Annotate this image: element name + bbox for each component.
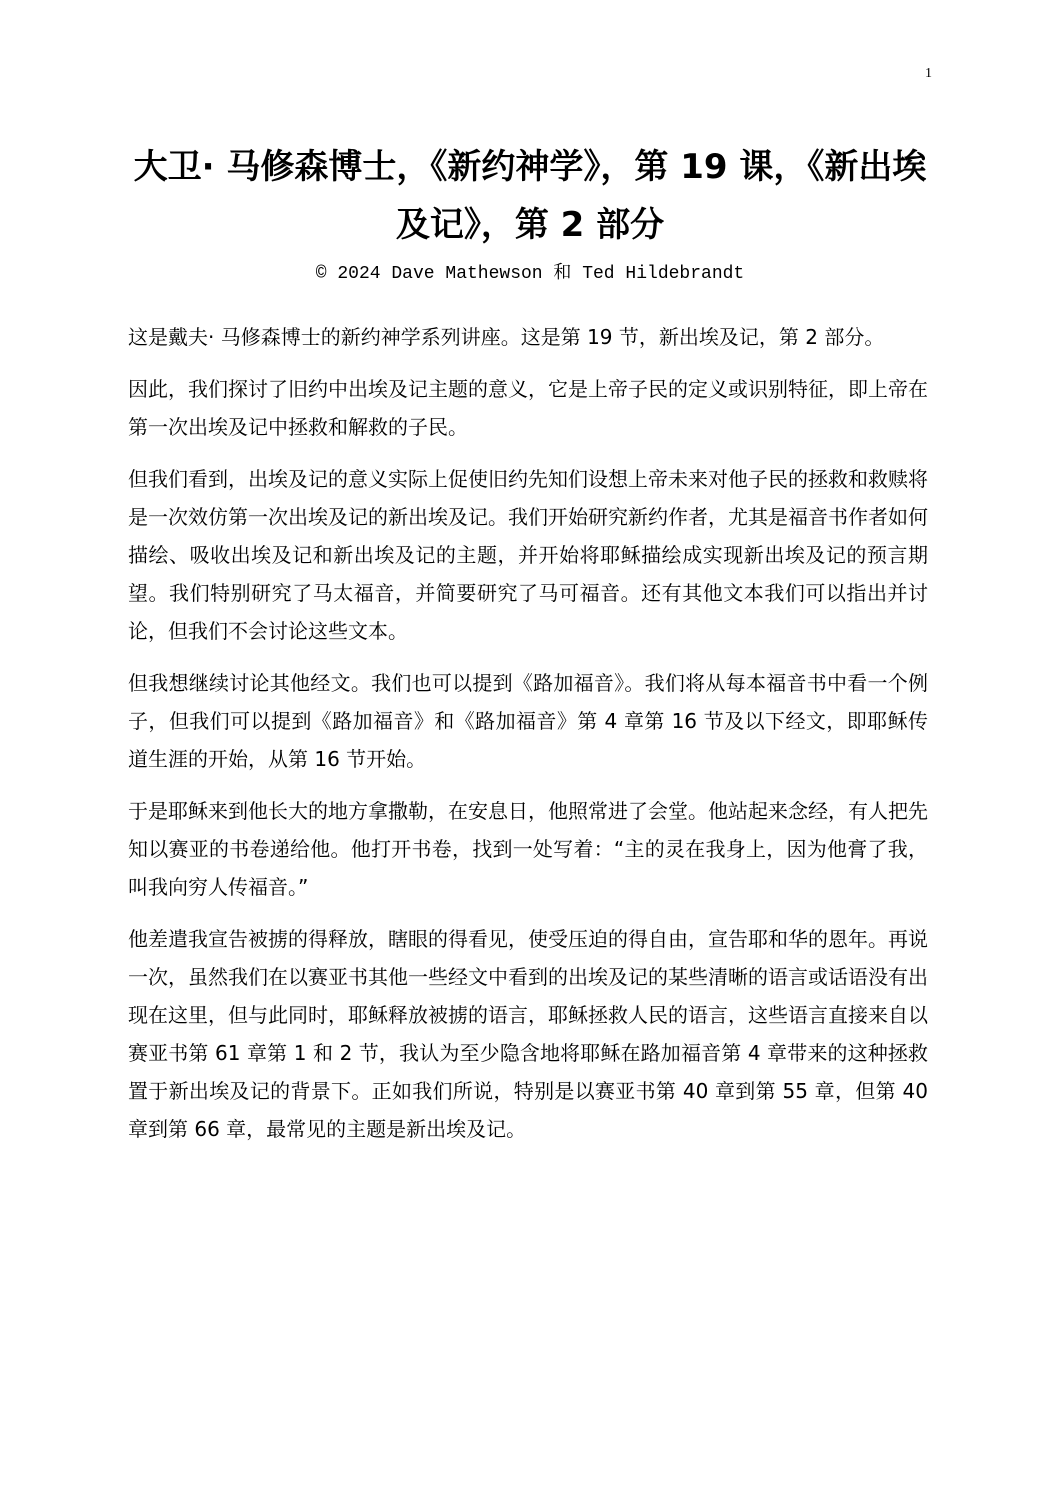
paragraph-intro: 这是戴夫· 马修森博士的新约神学系列讲座。这是第 19 节，新出埃及记，第 2 … — [128, 318, 928, 356]
paragraph-new-exodus-gospels: 但我们看到，出埃及记的意义实际上促使旧约先知们设想上帝未来对他子民的拯救和救赎将… — [128, 460, 928, 650]
paragraph-isaiah-context: 他差遣我宣告被掳的得释放，瞎眼的得看见，使受压迫的得自由，宣告耶和华的恩年。再说… — [128, 920, 928, 1148]
paragraph-luke-reference: 但我想继续讨论其他经文。我们也可以提到《路加福音》。我们将从每本福音书中看一个例… — [128, 664, 928, 778]
document-body: 这是戴夫· 马修森博士的新约神学系列讲座。这是第 19 节，新出埃及记，第 2 … — [128, 318, 928, 1162]
paragraph-old-testament-exodus: 因此，我们探讨了旧约中出埃及记主题的意义，它是上帝子民的定义或识别特征，即上帝在… — [128, 370, 928, 446]
document-title: 大卫· 马修森博士，《新约神学》，第 19 课，《新出埃及记》，第 2 部分 — [130, 138, 930, 254]
copyright-line: © 2024 Dave Mathewson 和 Ted Hildebrandt — [130, 262, 930, 286]
page-number: 1 — [925, 66, 932, 82]
paragraph-luke-quote: 于是耶稣来到他长大的地方拿撒勒，在安息日，他照常进了会堂。他站起来念经，有人把先… — [128, 792, 928, 906]
